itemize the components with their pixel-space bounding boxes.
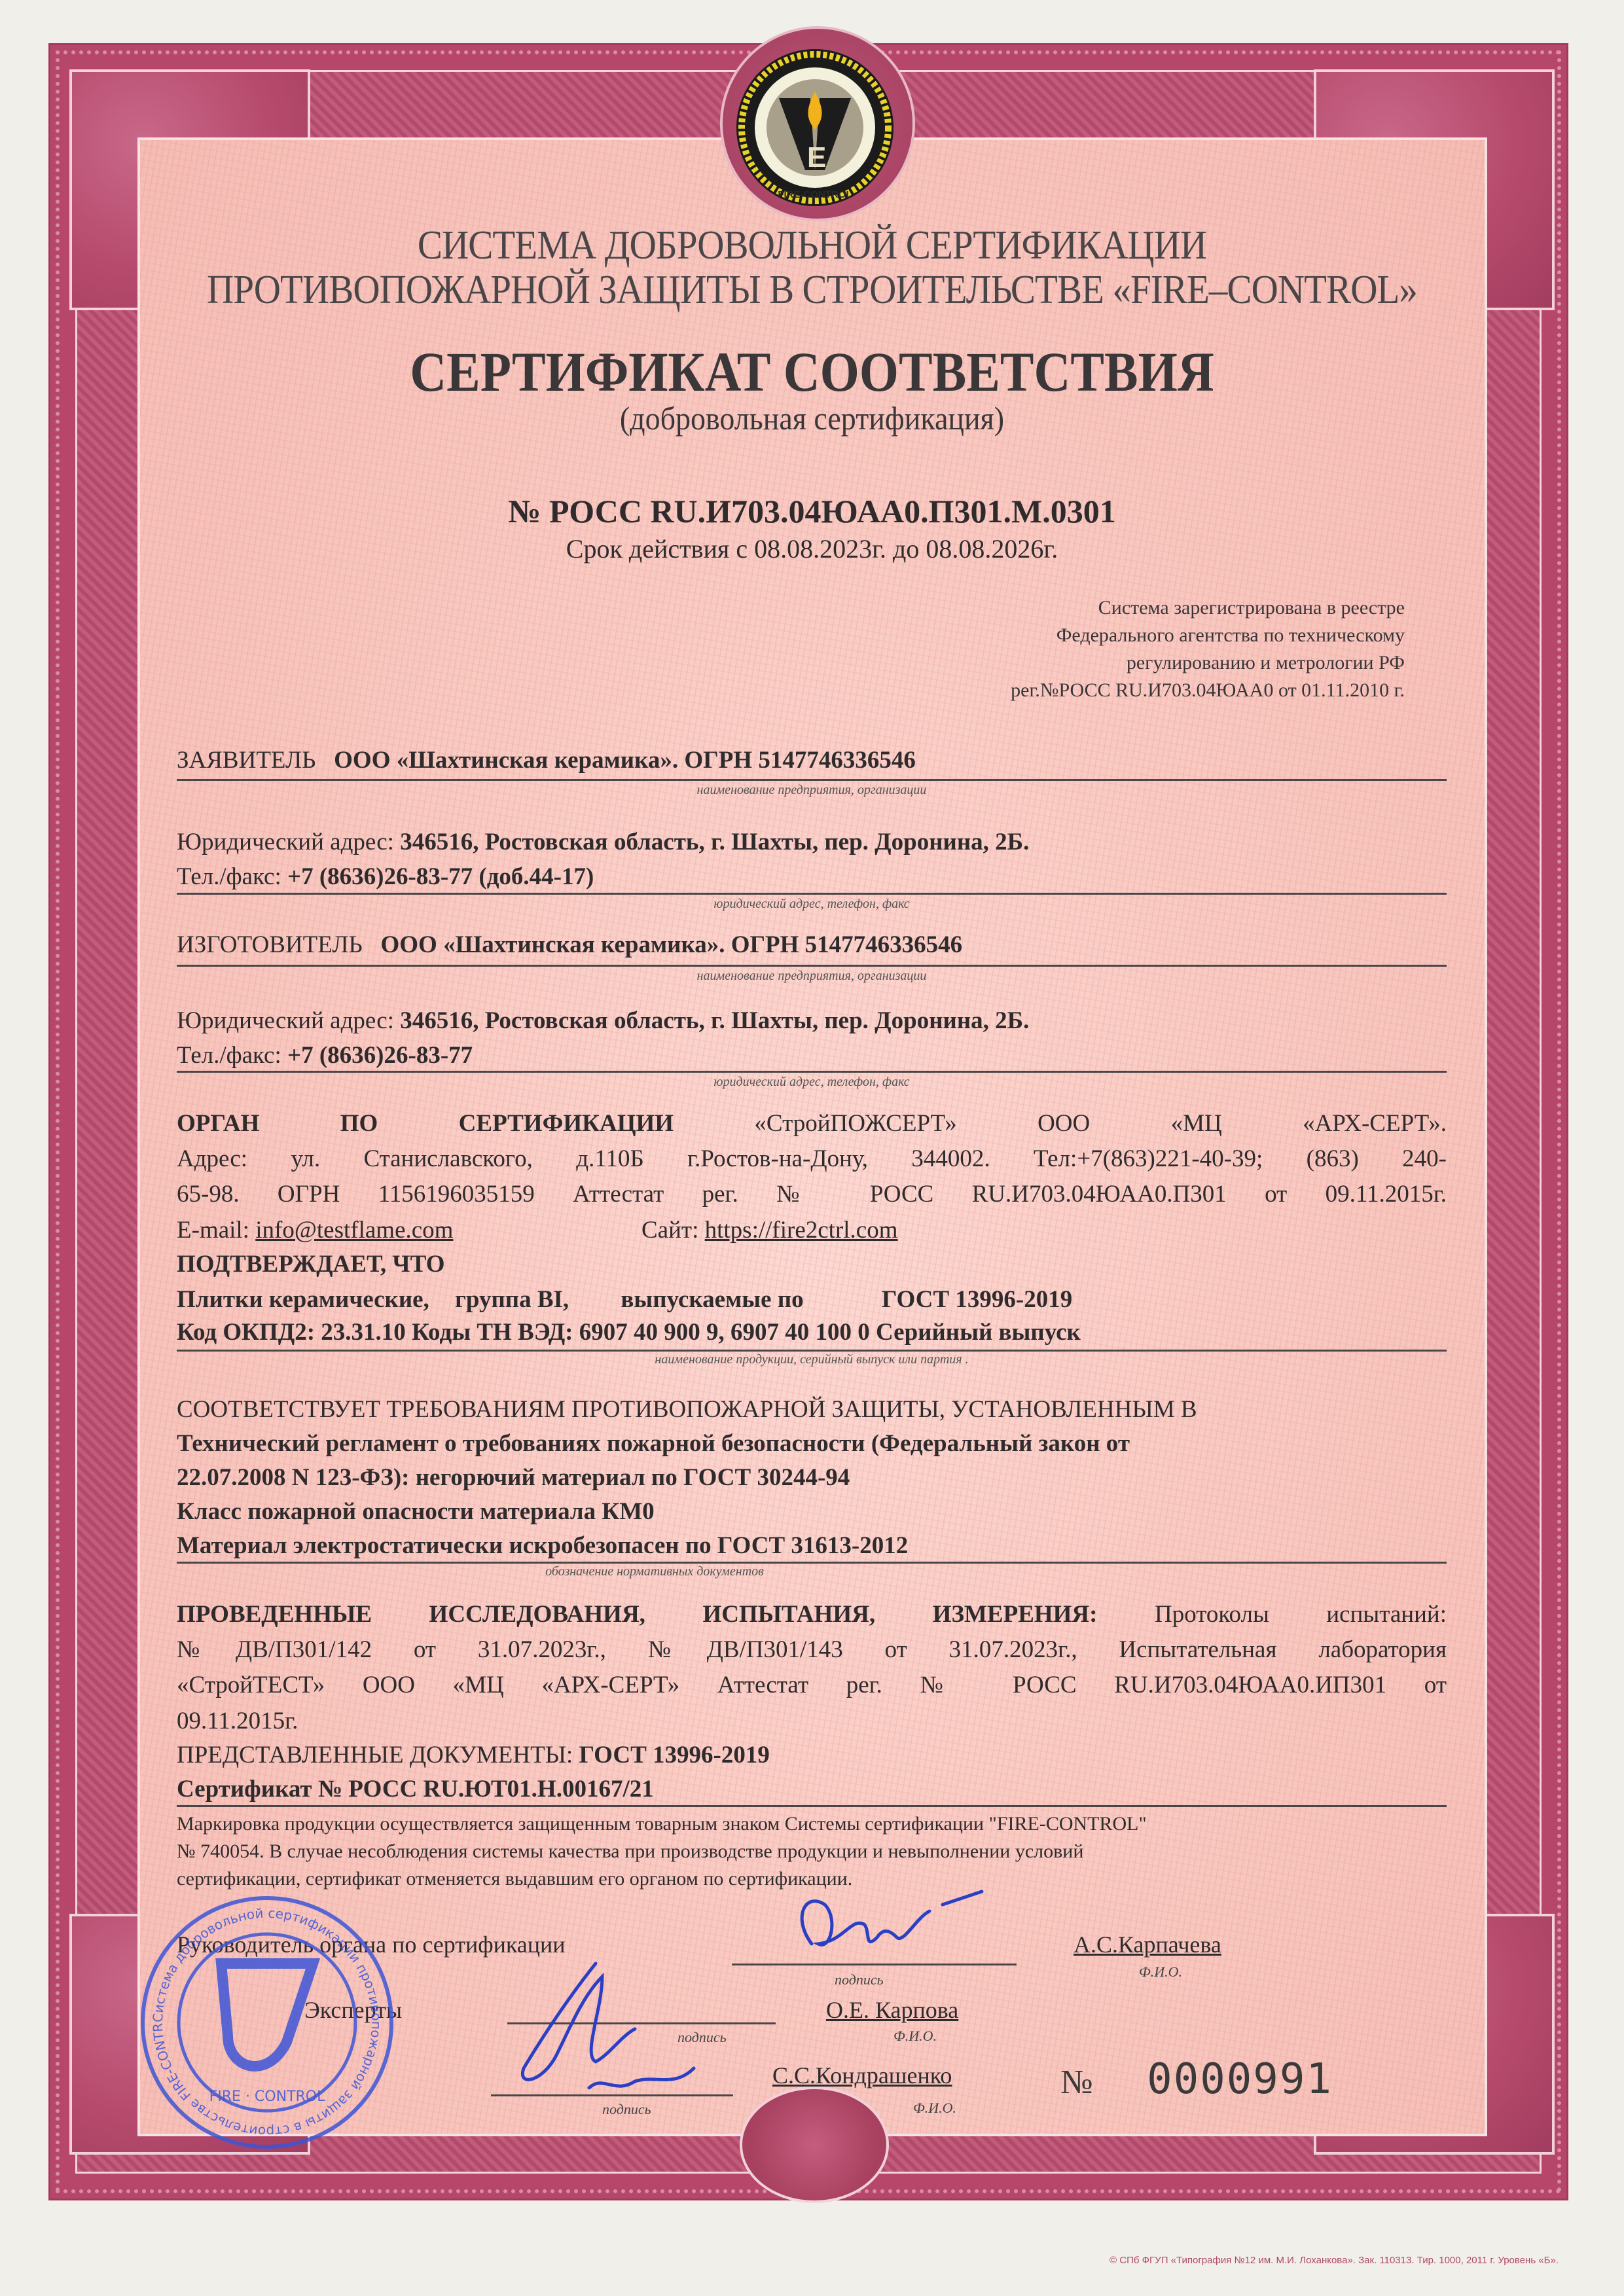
field-caption: наименование предприятия, организации: [589, 783, 1034, 798]
manufacturer-address: 346516, Ростовская область, г. Шахты, пе…: [400, 1007, 1029, 1034]
registry-line: Система зарегистрирована в реестре: [1011, 594, 1405, 622]
system-name-line-1: СИСТЕМА ДОБРОВОЛЬНОЙ СЕРТИФИКАЦИИ: [65, 223, 1559, 269]
tests-protocols: Протоколы испытаний:: [1155, 1601, 1447, 1628]
signature-caption: подпись: [835, 1971, 884, 1988]
certification-body-name: «СтройПОЖСЕРТ» ООО «МЦ «АРХ-СЕРТ».: [754, 1110, 1447, 1137]
applicant-label: ЗАЯВИТЕЛЬ: [177, 747, 316, 774]
address-label: Юридический адрес:: [177, 1007, 394, 1034]
tests-line: 09.11.2015г.: [177, 1707, 298, 1735]
site-row: Сайт: https://fire2ctrl.com: [641, 1216, 898, 1244]
certification-body-accreditation: 65-98. ОГРН 1156196035159 Аттестат рег. …: [177, 1177, 1447, 1212]
product-standard: ГОСТ 13996-2019: [882, 1286, 1072, 1313]
manufacturer-row: ИЗГОТОВИТЕЛЬ ООО «Шахтинская керамика». …: [177, 931, 962, 959]
applicant-phone: +7 (8636)26-83-77 (доб.44-17): [287, 863, 594, 890]
head-signature: [785, 1878, 1034, 1970]
notice-line: Маркировка продукции осуществляется защи…: [177, 1810, 1440, 1838]
documents-row: ПРЕДСТАВЛЕННЫЕ ДОКУМЕНТЫ: ГОСТ 13996-201…: [177, 1741, 770, 1769]
product-description: Плитки керамические, группа BI, выпускае…: [177, 1285, 1072, 1314]
notice-line: № 740054. В случае несоблюдения системы …: [177, 1838, 1440, 1865]
divider: [177, 965, 1447, 967]
registry-note: Система зарегистрирована в реестре Федер…: [1011, 594, 1405, 704]
manufacturer-label: ИЗГОТОВИТЕЛЬ: [177, 931, 363, 958]
certification-stamp-icon: Система добровольной сертификации против…: [136, 1892, 398, 2153]
tests-label: ПРОВЕДЕННЫЕ ИССЛЕДОВАНИЯ, ИСПЫТАНИЯ, ИЗМ…: [177, 1601, 1097, 1628]
fio-caption: Ф.И.О.: [1139, 1964, 1182, 1981]
divider: [177, 1350, 1447, 1352]
divider: [177, 1805, 1447, 1807]
divider: [177, 1562, 1447, 1564]
validity-period: Срок действия с 08.08.2023г. до 08.08.20…: [0, 533, 1624, 564]
field-caption: юридический адрес, телефон, факс: [589, 1075, 1034, 1090]
registry-line: Федерального агентства по техническому: [1011, 622, 1405, 649]
tests-row: ПРОВЕДЕННЫЕ ИССЛЕДОВАНИЯ, ИСПЫТАНИЯ, ИЗМ…: [177, 1597, 1447, 1632]
field-caption: наименование продукции, серийный выпуск …: [556, 1352, 1067, 1367]
applicant-phone-row: Тел./факс: +7 (8636)26-83-77 (доб.44-17): [177, 863, 594, 891]
field-caption: обозначение нормативных документов: [491, 1564, 818, 1579]
applicant-row: ЗАЯВИТЕЛЬ ООО «Шахтинская керамика». ОГР…: [177, 746, 916, 774]
certification-body-label: ОРГАН ПО СЕРТИФИКАЦИИ: [177, 1110, 674, 1137]
manufacturer-phone-row: Тел./факс: +7 (8636)26-83-77: [177, 1041, 473, 1069]
field-caption: наименование предприятия, организации: [589, 969, 1034, 984]
product-group: группа BI,: [455, 1286, 569, 1313]
certificate-number: № РОСС RU.И703.04ЮАА0.П301.М.0301: [0, 492, 1624, 530]
site-label: Сайт:: [641, 1217, 698, 1244]
conformity-line: Класс пожарной опасности материала КМ0: [177, 1498, 655, 1526]
confirms-label: ПОДТВЕРЖДАЕТ, ЧТО: [177, 1250, 445, 1278]
expert-signatures: [504, 1957, 753, 2114]
tests-line: «СтройТЕСТ» ООО «МЦ «АРХ-СЕРТ» Аттестат …: [177, 1668, 1447, 1703]
fio-caption: Ф.И.О.: [913, 2100, 956, 2117]
document-subtitle: (добровольная сертификация): [65, 399, 1559, 437]
conformity-line: 22.07.2008 N 123-ФЗ): негорючий материал…: [177, 1463, 850, 1492]
documents-label: ПРЕДСТАВЛЕННЫЕ ДОКУМЕНТЫ:: [177, 1742, 573, 1768]
phone-label: Тел./факс:: [177, 1042, 281, 1069]
phone-label: Тел./факс:: [177, 863, 281, 890]
manufacturer-name: ООО «Шахтинская керамика». ОГРН 51477463…: [380, 931, 962, 958]
documents-certificate: Сертификат № РОСС RU.ЮТ01.Н.00167/21: [177, 1775, 654, 1803]
field-caption: юридический адрес, телефон, факс: [589, 897, 1034, 912]
applicant-address: 346516, Ростовская область, г. Шахты, пе…: [400, 829, 1029, 855]
svg-text:FIRE · CONTROL: FIRE · CONTROL: [209, 2089, 325, 2105]
address-label: Юридический адрес:: [177, 829, 394, 855]
registry-line: регулированию и метрологии РФ: [1011, 649, 1405, 677]
conformity-line: Материал электростатически искробезопасе…: [177, 1532, 908, 1560]
divider: [177, 1071, 1447, 1073]
conformity-heading: СООТВЕТСТВУЕТ ТРЕБОВАНИЯМ ПРОТИВОПОЖАРНО…: [177, 1395, 1197, 1424]
email-link[interactable]: info@testflame.com: [255, 1217, 453, 1244]
certification-body-row: ОРГАН ПО СЕРТИФИКАЦИИ «СтройПОЖСЕРТ» ООО…: [177, 1106, 1447, 1141]
email-label: E-mail:: [177, 1217, 249, 1244]
printer-imprint: © СПб ФГУП «Типография №12 им. М.И. Лоха…: [1110, 2255, 1559, 2266]
fio-caption: Ф.И.О.: [893, 2028, 937, 2045]
head-name: А.С.Карпачева: [1074, 1931, 1221, 1958]
certification-body-address: Адрес: ул. Станиславского, д.110Б г.Рост…: [177, 1141, 1447, 1177]
product-codes: Код ОКПД2: 23.31.10 Коды ТН ВЭД: 6907 40…: [177, 1318, 1081, 1346]
applicant-address-row: Юридический адрес: 346516, Ростовская об…: [177, 828, 1029, 856]
expert-1-name: О.Е. Карпова: [826, 1996, 958, 2024]
applicant-name: ООО «Шахтинская керамика». ОГРН 51477463…: [334, 747, 916, 774]
expert-2-name: С.С.Кондрашенко: [772, 2062, 952, 2089]
conformity-line: Технический регламент о требованиях пожа…: [177, 1429, 1130, 1458]
registry-line: рег.№РОСС RU.И703.04ЮАА0 от 01.11.2010 г…: [1011, 677, 1405, 704]
product-produced-by: выпускаемые по: [621, 1286, 803, 1313]
documents-value: ГОСТ 13996-2019: [579, 1742, 770, 1768]
blank-serial-number: № 0000991: [1060, 2055, 1333, 2104]
contacts-row: E-mail: info@testflame.com: [177, 1216, 453, 1244]
document-title: СЕРТИФИКАТ СООТВЕТСТВИЯ: [81, 339, 1543, 404]
serial-number: 0000991: [1147, 2055, 1333, 2104]
site-link[interactable]: https://fire2ctrl.com: [705, 1217, 898, 1244]
divider: [177, 893, 1447, 895]
product-name: Плитки керамические,: [177, 1286, 429, 1313]
serial-prefix: №: [1060, 2064, 1094, 2101]
system-name-line-2: ПРОТИВОПОЖАРНОЙ ЗАЩИТЫ В СТРОИТЕЛЬСТВЕ «…: [65, 267, 1559, 314]
divider: [177, 779, 1447, 781]
manufacturer-address-row: Юридический адрес: 346516, Ростовская об…: [177, 1007, 1029, 1035]
manufacturer-phone: +7 (8636)26-83-77: [287, 1042, 473, 1069]
tests-line: №ДВ/П301/142 от 31.07.2023г., №ДВ/П301/1…: [177, 1632, 1447, 1668]
